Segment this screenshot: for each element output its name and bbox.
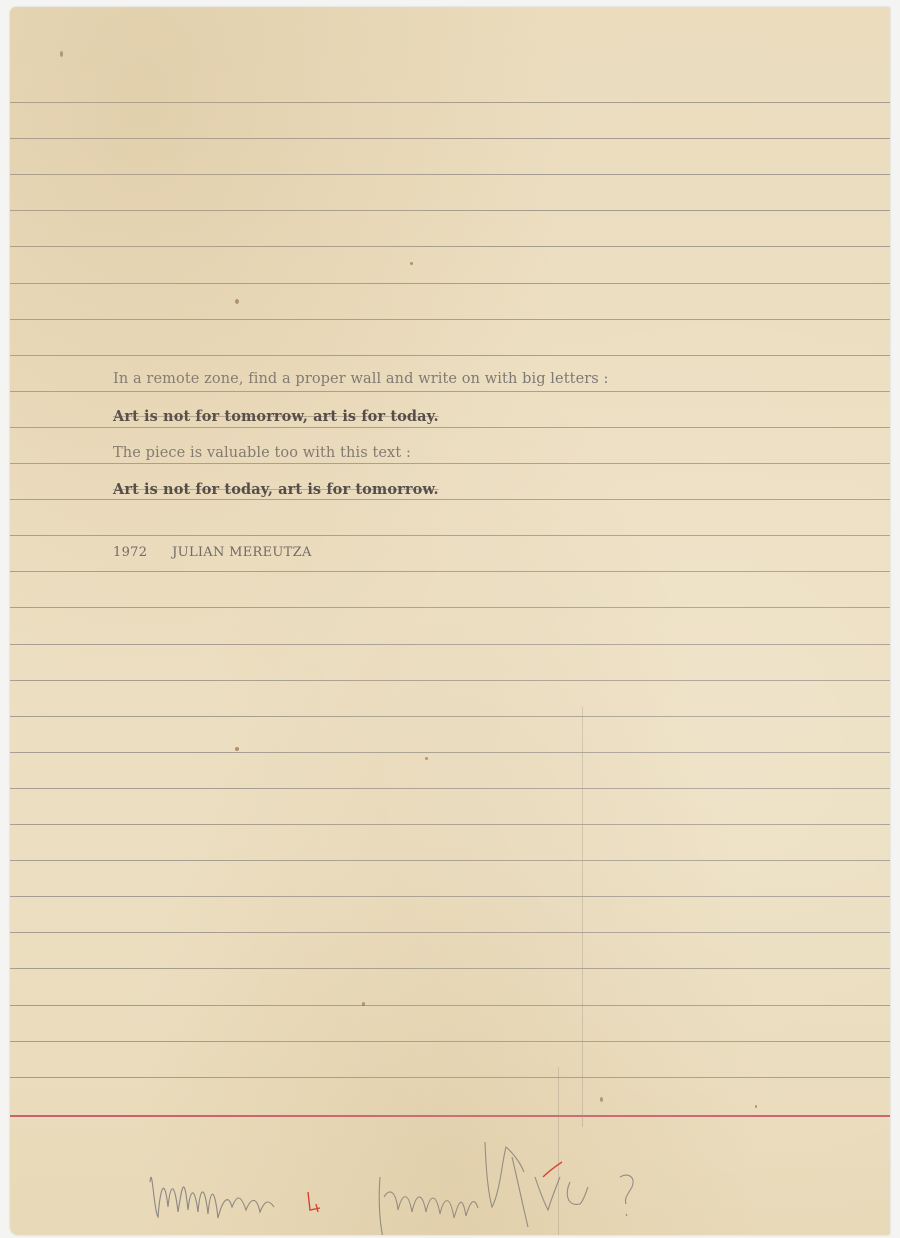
pencil-guide-line [582, 707, 583, 1127]
alternate-instruction-line: The piece is valuable too with this text… [113, 445, 411, 461]
ruled-line [10, 210, 890, 211]
signature-author: JULIAN MEREUTZA [172, 545, 311, 560]
ruled-line [10, 788, 890, 789]
ruled-line [10, 896, 890, 897]
ruled-line [10, 932, 890, 933]
ruled-line [10, 968, 890, 969]
ruled-line [10, 1005, 890, 1006]
ruled-line [10, 391, 890, 392]
stain-speck [425, 757, 428, 760]
ruled-line [10, 860, 890, 861]
ruled-line [10, 644, 890, 645]
ruled-line [10, 427, 890, 428]
ruled-line [10, 283, 890, 284]
ruled-line [10, 355, 890, 356]
paper-sheet: In a remote zone, find a proper wall and… [10, 7, 890, 1235]
ruled-line [10, 1077, 890, 1078]
signature-year: 1972 [113, 545, 147, 560]
ruled-line [10, 716, 890, 717]
ruled-line [10, 535, 890, 536]
stain-speck [755, 1105, 757, 1108]
stain-speck [410, 262, 413, 265]
statement-line-1: Art is not for tomorrow, art is for toda… [113, 408, 439, 425]
ruled-line [10, 102, 890, 103]
red-margin-rule [10, 1115, 890, 1117]
stain-speck [60, 51, 63, 57]
handwritten-note-scribble [140, 1132, 760, 1235]
statement-line-2: Art is not for today, art is for tomorro… [113, 481, 439, 498]
ruled-line [10, 138, 890, 139]
instruction-line: In a remote zone, find a proper wall and… [113, 371, 609, 387]
ruled-line [10, 824, 890, 825]
ruled-line [10, 1041, 890, 1042]
ruled-line [10, 246, 890, 247]
ruled-line [10, 571, 890, 572]
ruled-line [10, 463, 890, 464]
stain-speck [362, 1002, 365, 1006]
ruled-line [10, 174, 890, 175]
signature-line: 1972 JULIAN MEREUTZA [113, 545, 312, 560]
stain-speck [600, 1097, 603, 1102]
ruled-line [10, 680, 890, 681]
stain-speck [235, 299, 239, 304]
ruled-line [10, 319, 890, 320]
ruled-line [10, 752, 890, 753]
ruled-line [10, 607, 890, 608]
ruled-line [10, 499, 890, 500]
stain-speck [235, 747, 239, 751]
